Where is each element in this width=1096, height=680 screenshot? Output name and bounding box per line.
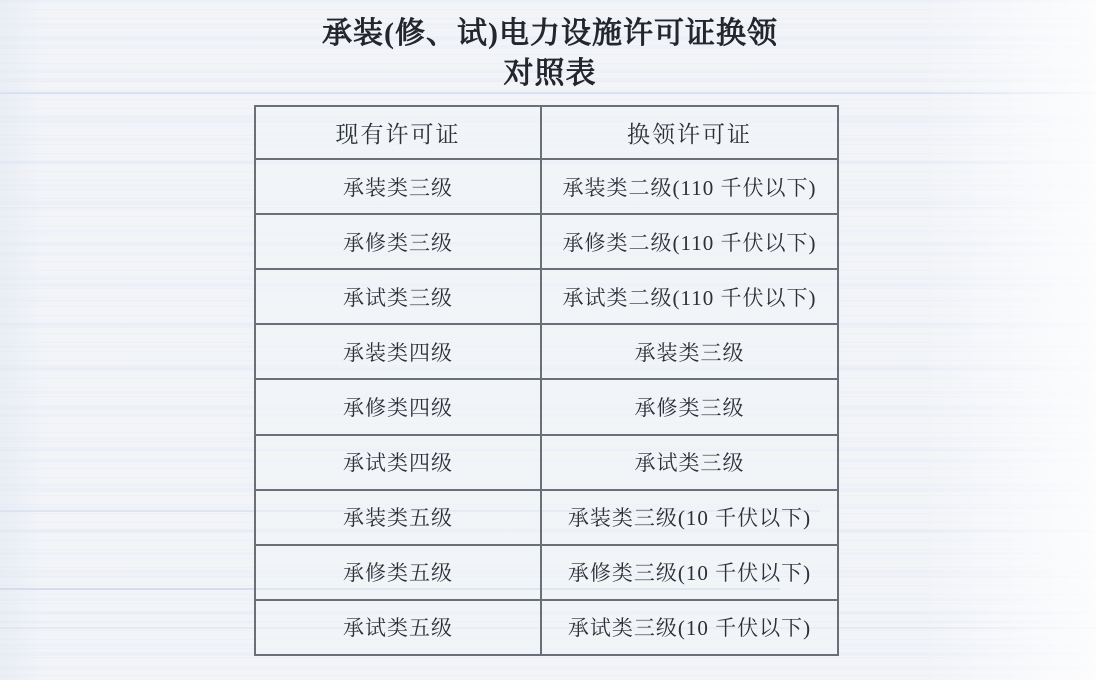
table-row: 承修类四级 承修类三级 (255, 379, 838, 434)
table-row: 承装类三级 承装类二级(110 千伏以下) (255, 159, 838, 214)
table-row: 承试类三级 承试类二级(110 千伏以下) (255, 269, 838, 324)
table-row: 承试类五级 承试类三级(10 千伏以下) (255, 600, 838, 655)
cell-renewed-license: 承装类三级 (541, 324, 838, 379)
table-row: 承修类三级 承修类二级(110 千伏以下) (255, 214, 838, 269)
cell-current-license: 承试类四级 (255, 435, 541, 490)
table-row: 承试类四级 承试类三级 (255, 435, 838, 490)
cell-current-license: 承装类五级 (255, 490, 541, 545)
scanned-page: 承装(修、试)电力设施许可证换领 对照表 现有许可证 换领许可证 承装类三级 承… (0, 0, 1096, 680)
cell-current-license: 承修类三级 (255, 214, 541, 269)
title-line-2: 对照表 (150, 54, 950, 94)
cell-renewed-license: 承修类二级(110 千伏以下) (541, 214, 838, 269)
cell-renewed-license: 承试类三级 (541, 435, 838, 490)
cell-current-license: 承试类五级 (255, 600, 541, 655)
cell-current-license: 承装类三级 (255, 159, 541, 214)
cell-renewed-license: 承试类三级(10 千伏以下) (541, 600, 838, 655)
cell-current-license: 承试类三级 (255, 269, 541, 324)
license-comparison-table: 现有许可证 换领许可证 承装类三级 承装类二级(110 千伏以下) 承修类三级 … (254, 105, 839, 656)
table-row: 承装类五级 承装类三级(10 千伏以下) (255, 490, 838, 545)
table-row: 承装类四级 承装类三级 (255, 324, 838, 379)
table-header-row: 现有许可证 换领许可证 (255, 106, 838, 159)
cell-renewed-license: 承修类三级(10 千伏以下) (541, 545, 838, 600)
cell-current-license: 承修类五级 (255, 545, 541, 600)
table-row: 承修类五级 承修类三级(10 千伏以下) (255, 545, 838, 600)
cell-renewed-license: 承试类二级(110 千伏以下) (541, 269, 838, 324)
cell-renewed-license: 承装类三级(10 千伏以下) (541, 490, 838, 545)
cell-current-license: 承装类四级 (255, 324, 541, 379)
cell-renewed-license: 承装类二级(110 千伏以下) (541, 159, 838, 214)
document-title: 承装(修、试)电力设施许可证换领 对照表 (150, 14, 950, 94)
cell-current-license: 承修类四级 (255, 379, 541, 434)
column-header-renewed-license: 换领许可证 (541, 106, 838, 159)
title-line-1: 承装(修、试)电力设施许可证换领 (150, 14, 950, 54)
cell-renewed-license: 承修类三级 (541, 379, 838, 434)
column-header-current-license: 现有许可证 (255, 106, 541, 159)
